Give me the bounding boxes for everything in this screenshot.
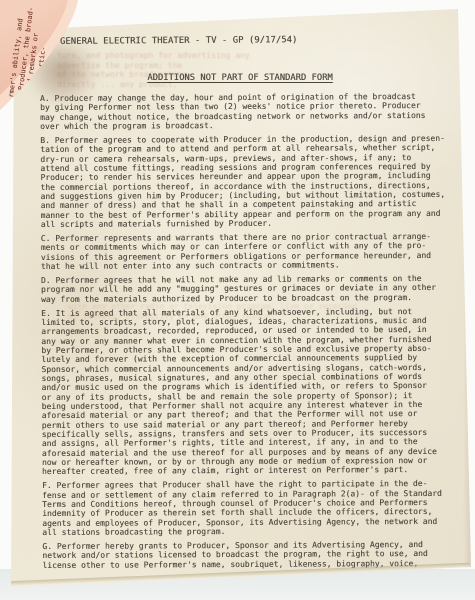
- paragraph-d: D. Performer agrees that he will not mak…: [41, 274, 467, 304]
- paragraph-e: E. It is agreed that all materials of an…: [41, 306, 468, 476]
- paragraph-f: F. Performer agrees that Producer shall …: [42, 479, 468, 537]
- document-body: A. Producer may change the day, hour and…: [40, 92, 469, 575]
- paragraph-c: C. Performer represents and warrants tha…: [41, 232, 467, 272]
- paragraph-b: B. Performer agrees to cooperate with Pr…: [40, 134, 466, 230]
